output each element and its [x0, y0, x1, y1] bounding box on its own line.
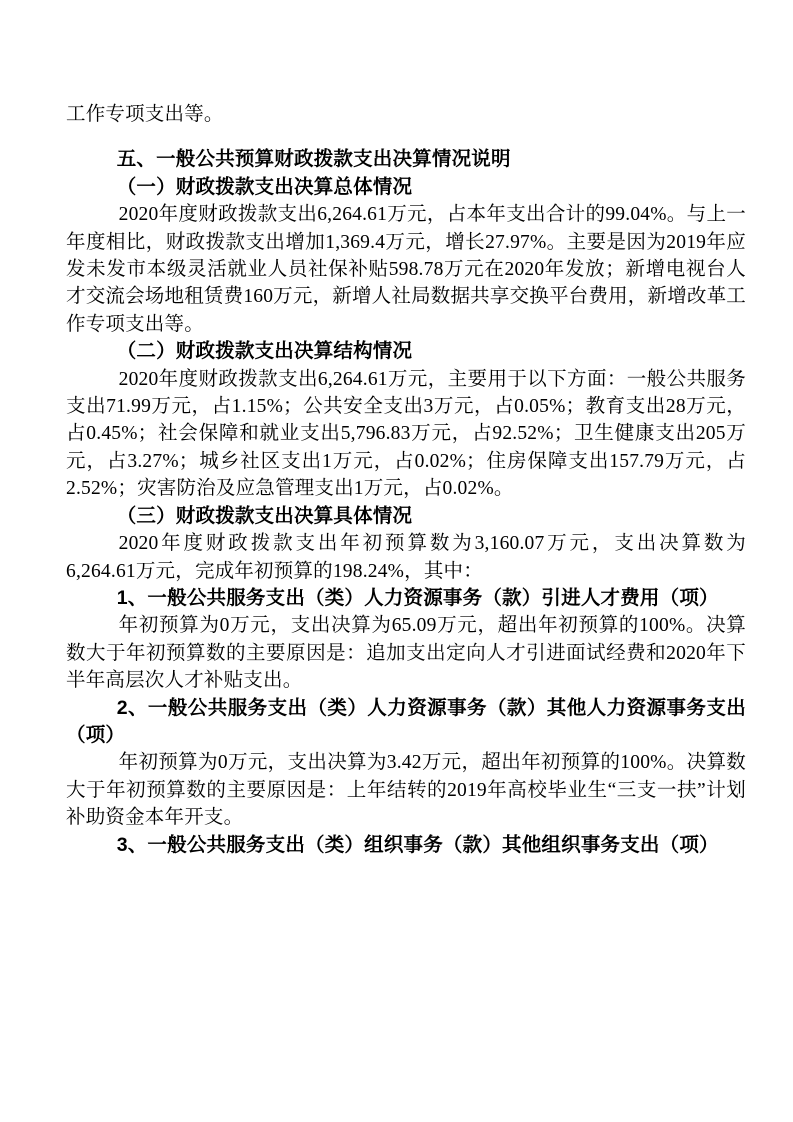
- subsection1-paragraph: 2020年度财政拨款支出6,264.61万元，占本年支出合计的99.04%。与上…: [66, 201, 746, 338]
- document-content: 工作专项支出等。 五、一般公共预算财政拨款支出决算情况说明 （一）财政拨款支出决…: [66, 101, 746, 859]
- subsection2-heading: （二）财政拨款支出决算结构情况: [66, 338, 746, 365]
- subsection2-paragraph: 2020年度财政拨款支出6,264.61万元，主要用于以下方面：一般公共服务支出…: [66, 366, 746, 503]
- item1-paragraph: 年初预算为0万元，支出决算为65.09万元，超出年初预算的100%。决算数大于年…: [66, 612, 746, 694]
- item1-heading: 1、一般公共服务支出（类）人力资源事务（款）引进人才费用（项）: [66, 585, 746, 612]
- carryover-paragraph: 工作专项支出等。: [66, 101, 746, 128]
- item3-heading: 3、一般公共服务支出（类）组织事务（款）其他组织事务支出（项）: [66, 832, 746, 859]
- subsection1-heading: （一）财政拨款支出决算总体情况: [66, 174, 746, 201]
- document-page: 工作专项支出等。 五、一般公共预算财政拨款支出决算情况说明 （一）财政拨款支出决…: [0, 0, 793, 1122]
- subsection3-heading: （三）财政拨款支出决算具体情况: [66, 503, 746, 530]
- item2-heading: 2、一般公共服务支出（类）人力资源事务（款）其他人力资源事务支出（项）: [66, 695, 746, 750]
- subsection3-paragraph: 2020年度财政拨款支出年初预算数为3,160.07万元，支出决算数为6,264…: [66, 530, 746, 585]
- item2-paragraph: 年初预算为0万元，支出决算为3.42万元，超出年初预算的100%。决算数大于年初…: [66, 749, 746, 831]
- section5-heading: 五、一般公共预算财政拨款支出决算情况说明: [66, 146, 746, 173]
